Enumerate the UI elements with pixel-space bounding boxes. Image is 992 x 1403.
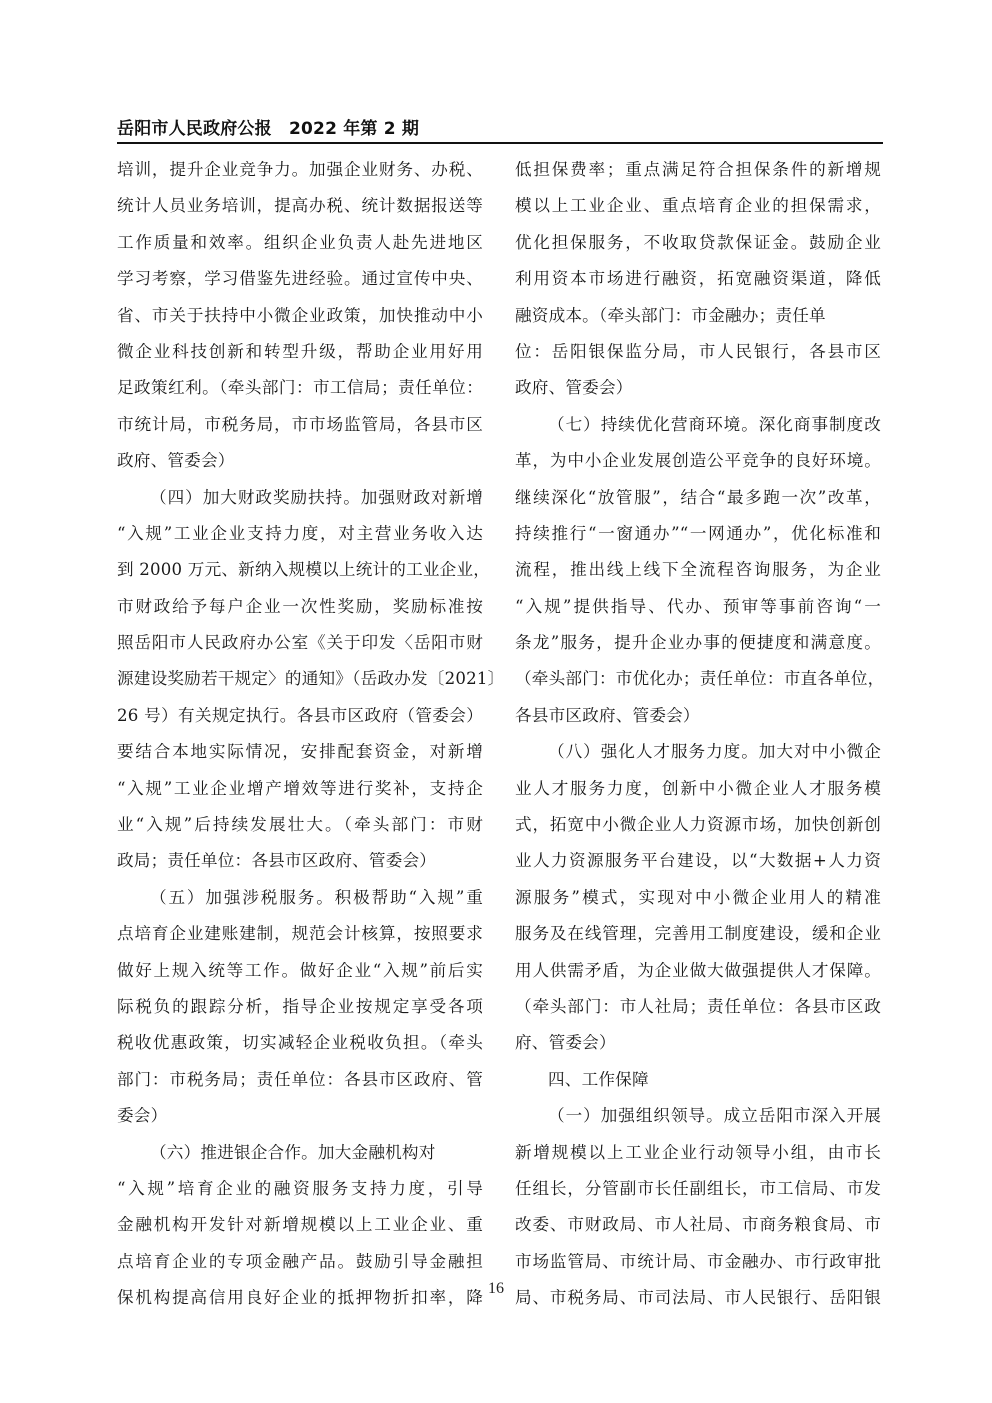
text-line: 业人力资源服务平台建设，以“大数据+人力资 <box>515 843 881 879</box>
text-line: 模以上工业企业、重点培育企业的担保需求， <box>515 188 881 224</box>
text-line: 部门：市税务局；责任单位：各县市区政府、管 <box>117 1062 483 1098</box>
text-line: 流程，推出线上线下全流程咨询服务，为企业 <box>515 552 881 588</box>
text-line: 低担保费率；重点满足符合担保条件的新增规 <box>515 152 881 188</box>
text-line: 用人供需矛盾，为企业做大做强提供人才保障。 <box>515 953 881 989</box>
text-line: 业人才服务力度，创新中小微企业人才服务模 <box>515 771 881 807</box>
right-column: 低担保费率；重点满足符合担保条件的新增规模以上工业企业、重点培育企业的担保需求，… <box>515 152 881 1317</box>
paragraph-first-line: （八）强化人才服务力度。加大对中小微企 <box>515 734 881 770</box>
text-line: 到 2000 万元、新纳入规模以上统计的工业企业， <box>117 552 483 588</box>
text-line: 新增规模以上工业企业行动领导小组，由市长 <box>515 1135 881 1171</box>
text-line: 学习考察，学习借鉴先进经验。通过宣传中央、 <box>117 261 483 297</box>
paragraph-first-line: （五）加强涉税服务。积极帮助“入规”重 <box>117 880 483 916</box>
text-line: “入规”工业企业增产增效等进行奖补，支持企 <box>117 771 483 807</box>
text-line: 做好上规入统等工作。做好企业“入规”前后实 <box>117 953 483 989</box>
text-line: 点培育企业建账建制，规范会计核算，按照要求 <box>117 916 483 952</box>
text-line: 委会） <box>117 1098 483 1134</box>
text-line: 市财政给予每户企业一次性奖励，奖励标准按 <box>117 589 483 625</box>
text-line: 位：岳阳银保监分局，市人民银行，各县市区 <box>515 334 881 370</box>
text-line: 源建设奖励若干规定〉的通知》（岳政办发〔2021〕 <box>117 661 483 697</box>
page-header: 岳阳市人民政府公报 2022 年第 2 期 <box>117 118 883 140</box>
text-line: 统计人员业务培训，提高办税、统计数据报送等 <box>117 188 483 224</box>
left-column: 培训，提升企业竞争力。加强企业财务、办税、统计人员业务培训，提高办税、统计数据报… <box>117 152 483 1317</box>
publication-title: 岳阳市人民政府公报 2022 年第 2 期 <box>117 118 883 140</box>
text-line: 条龙”服务，提升企业办事的便捷度和满意度。 <box>515 625 881 661</box>
text-line: 政府、管委会） <box>515 370 881 406</box>
text-line: 革，为中小企业发展创造公平竞争的良好环境。 <box>515 443 881 479</box>
text-line: （牵头部门：市优化办；责任单位：市直各单位， <box>515 661 881 697</box>
text-line: 任组长，分管副市长任副组长，市工信局、市发 <box>515 1171 881 1207</box>
paragraph-first-line: （六）推进银企合作。加大金融机构对 <box>117 1135 483 1171</box>
text-line: 融资成本。（牵头部门：市金融办；责任单 <box>515 298 881 334</box>
text-line: 优化担保服务，不收取贷款保证金。鼓励企业 <box>515 225 881 261</box>
text-line: 足政策红利。（牵头部门：市工信局；责任单位： <box>117 370 483 406</box>
text-line: “入规”工业企业支持力度，对主营业务收入达 <box>117 516 483 552</box>
text-line: 际税负的跟踪分析，指导企业按规定享受各项 <box>117 989 483 1025</box>
header-divider <box>117 142 883 144</box>
text-line: 利用资本市场进行融资，拓宽融资渠道，降低 <box>515 261 881 297</box>
text-line: 市统计局，市税务局，市市场监管局，各县市区 <box>117 407 483 443</box>
paragraph-first-line: （七）持续优化营商环境。深化商事制度改 <box>515 407 881 443</box>
text-line: 市场监管局、市统计局、市金融办、市行政审批 <box>515 1244 881 1280</box>
text-line: 26 号）有关规定执行。各县市区政府（管委会） <box>117 698 483 734</box>
text-line: 点培育企业的专项金融产品。鼓励引导金融担 <box>117 1244 483 1280</box>
text-line: 式，拓宽中小微企业人力资源市场，加快创新创 <box>515 807 881 843</box>
text-line: 金融机构开发针对新增规模以上工业企业、重 <box>117 1207 483 1243</box>
text-line: 业“入规”后持续发展壮大。（牵头部门：市财 <box>117 807 483 843</box>
paragraph-first-line: （四）加大财政奖励扶持。加强财政对新增 <box>117 480 483 516</box>
text-line: （牵头部门：市人社局；责任单位：各县市区政 <box>515 989 881 1025</box>
text-line: 税收优惠政策，切实减轻企业税收负担。（牵头 <box>117 1025 483 1061</box>
text-line: 省、市关于扶持中小微企业政策，加快推动中小 <box>117 298 483 334</box>
text-line: 政局；责任单位：各县市区政府、管委会） <box>117 843 483 879</box>
text-line: 微企业科技创新和转型升级，帮助企业用好用 <box>117 334 483 370</box>
text-line: 府、管委会） <box>515 1025 881 1061</box>
text-line: 服务及在线管理，完善用工制度建设，缓和企业 <box>515 916 881 952</box>
text-line: 改委、市财政局、市人社局、市商务粮食局、市 <box>515 1207 881 1243</box>
text-line: 培训，提升企业竞争力。加强企业财务、办税、 <box>117 152 483 188</box>
text-line: “入规”提供指导、代办、预审等事前咨询“一 <box>515 589 881 625</box>
text-line: 工作质量和效率。组织企业负责人赴先进地区 <box>117 225 483 261</box>
text-line: 要结合本地实际情况，安排配套资金，对新增 <box>117 734 483 770</box>
text-line: 政府、管委会） <box>117 443 483 479</box>
text-line: 继续深化“放管服”，结合“最多跑一次”改革， <box>515 480 881 516</box>
paragraph-first-line: 四、工作保障 <box>515 1062 881 1098</box>
text-line: 源服务”模式，实现对中小微企业用人的精准 <box>515 880 881 916</box>
paragraph-first-line: （一）加强组织领导。成立岳阳市深入开展 <box>515 1098 881 1134</box>
text-line: 照岳阳市人民政府办公室《关于印发〈岳阳市财 <box>117 625 483 661</box>
text-line: 持续推行“一窗通办”“一网通办”，优化标准和 <box>515 516 881 552</box>
text-line: “入规”培育企业的融资服务支持力度，引导 <box>117 1171 483 1207</box>
page-number: 16 <box>0 1280 992 1298</box>
text-line: 各县市区政府、管委会） <box>515 698 881 734</box>
